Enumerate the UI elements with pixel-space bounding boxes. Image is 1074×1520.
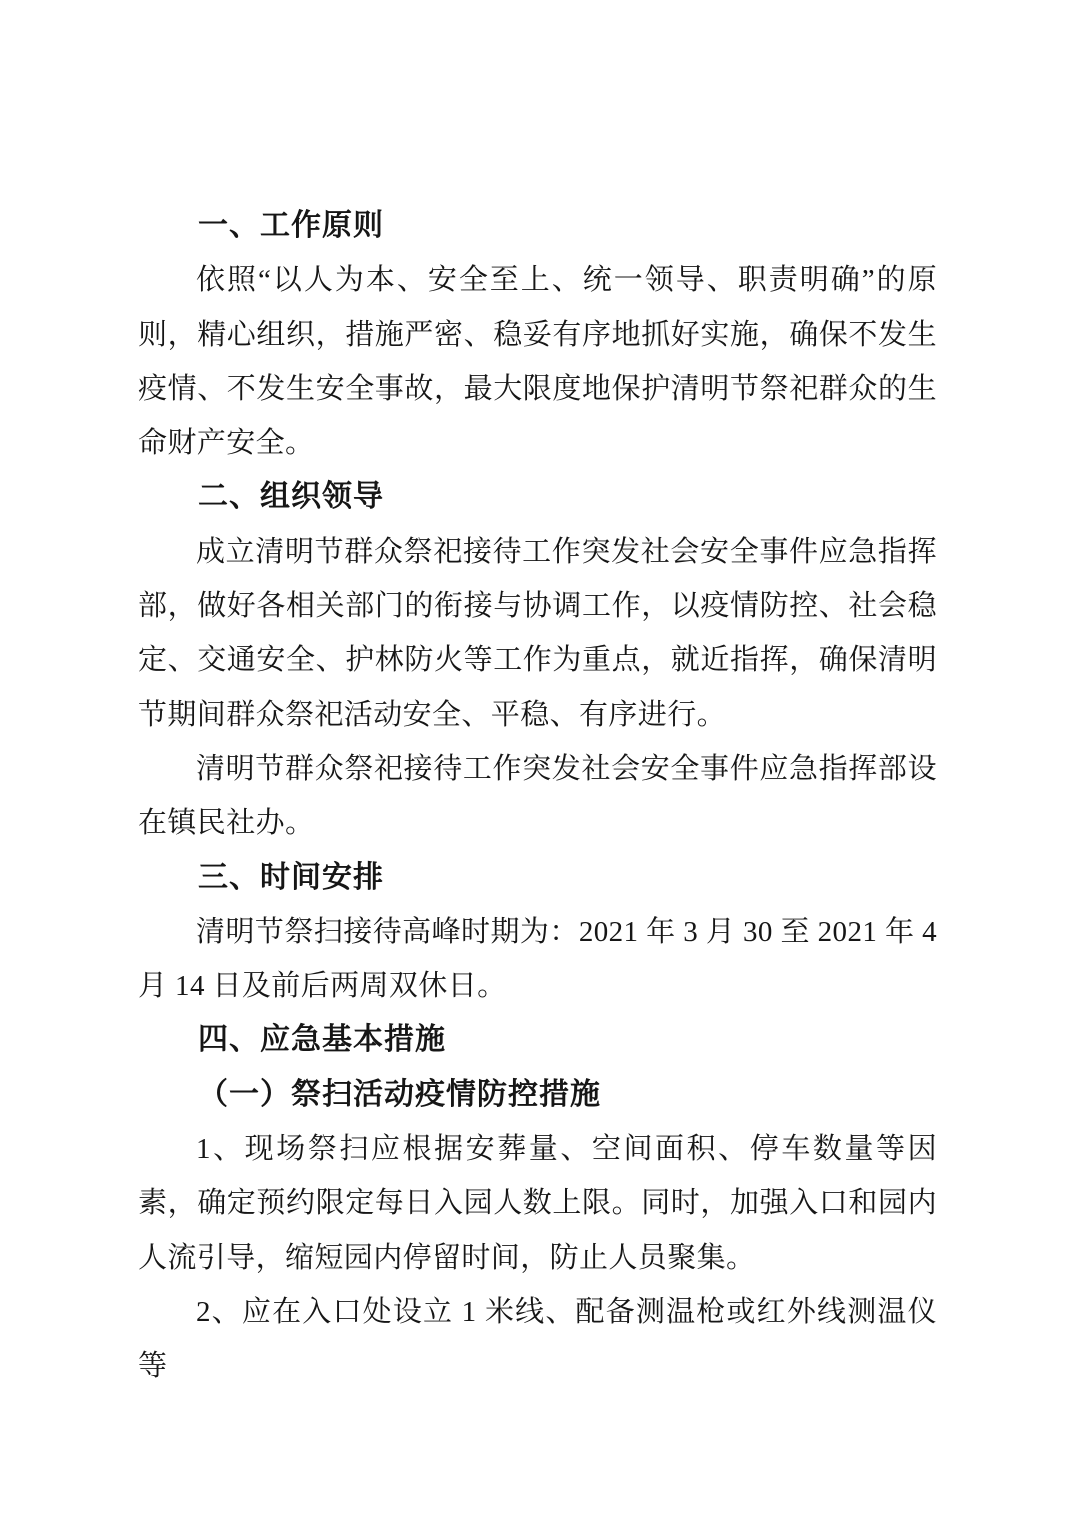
paragraph-command-location: 清明节群众祭祀接待工作突发社会安全事件应急指挥部设在镇民社办。 — [138, 742, 937, 851]
heading-organization-leadership: 二、组织领导 — [138, 470, 937, 524]
subheading-epidemic-prevention: （一）祭扫活动疫情防控措施 — [138, 1068, 937, 1122]
paragraph-peak-period: 清明节祭扫接待高峰时期为：2021 年 3 月 30 至 2021 年 4 月 … — [138, 905, 937, 1014]
paragraph-command-setup: 成立清明节群众祭祀接待工作突发社会安全事件应急指挥部，做好各相关部门的衔接与协调… — [138, 525, 937, 742]
paragraph-work-principles: 依照“以人为本、安全至上、统一领导、职责明确”的原则，精心组织，措施严密、稳妥有… — [138, 253, 937, 470]
heading-time-arrangement: 三、时间安排 — [138, 851, 937, 905]
heading-work-principles: 一、工作原则 — [138, 199, 937, 253]
heading-emergency-measures: 四、应急基本措施 — [138, 1013, 937, 1067]
paragraph-measure-1: 1、现场祭扫应根据安葬量、空间面积、停车数量等因素，确定预约限定每日入园人数上限… — [138, 1122, 937, 1285]
document-page: 一、工作原则 依照“以人为本、安全至上、统一领导、职责明确”的原则，精心组织，措… — [0, 0, 1074, 1520]
paragraph-measure-2: 2、应在入口处设立 1 米线、配备测温枪或红外线测温仪等 — [138, 1285, 937, 1394]
